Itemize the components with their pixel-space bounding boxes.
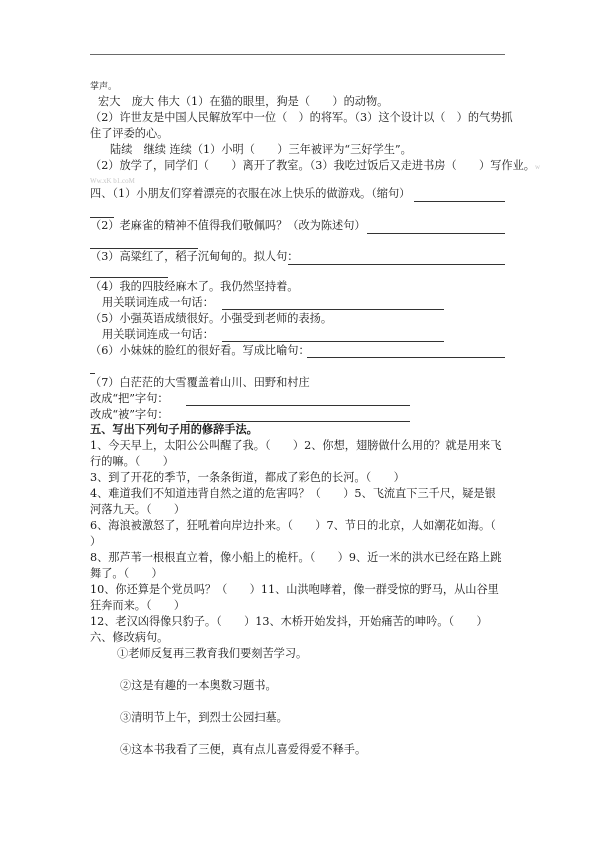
rhetoric-line: 4、难道我们不知道违背自然之道的危害吗？（ ）5、飞流直下三千尺，疑是银 (90, 487, 496, 501)
sentence-fix-item: ②这是有趣的一本奥数习题书。 (120, 679, 277, 693)
rewrite-q7-bei-prompt: 改成“被”字句： (90, 408, 169, 422)
answer-blank-q1[interactable] (414, 201, 505, 202)
sentence-fix-item: ①老师反复再三教育我们要刻苦学习。 (117, 647, 307, 661)
rewrite-q7-ba-prompt: 改成“把”字句： (90, 392, 169, 406)
section5-title: 五、写出下列句子用的修辞手法。 (90, 423, 258, 437)
rhetoric-line: 1、今天早上，太阳公公叫醒了我。（ ）2、你想，翅膀做什么用的？就是用来飞 (90, 439, 501, 453)
section6-title: 六、修改病句。 (90, 631, 168, 645)
rewrite-q1: 四、（1）小朋友们穿着漂亮的衣服在冰上快乐的做游戏。（缩句） (90, 187, 410, 201)
rhetoric-line: 行的嘛。（ ） (90, 455, 174, 469)
answer-blank-q7-bei[interactable] (186, 421, 410, 422)
answer-blank-q7-ba[interactable] (186, 405, 410, 406)
rhetoric-line: 6、海浪被激怒了，狂吼着向岸边扑来。（ ）7、节日的北京，人如潮花如海。（ (90, 519, 496, 533)
word-choice-line-2: （2）许世友是中国人民解放军中一位（ ）的将军。（3）这个设计以（ ）的气势抓 (90, 111, 513, 125)
rhetoric-line: 3、到了开花的季节，一条条街道，都成了彩色的长河。（ ） (90, 471, 405, 485)
rhetoric-line: 12、老汉凶得像只豹子。（ ）13、木桥开始发抖，开始痛苦的呻吟。（ ） (90, 615, 488, 629)
rewrite-q3: （3）高粱红了，稻子沉甸甸的。拟人句： (90, 250, 299, 264)
sentence-fix-item: ③清明节上午，到烈士公园扫墓。 (120, 711, 288, 725)
answer-blank-q3[interactable] (288, 264, 505, 265)
answer-blank-q5[interactable] (222, 341, 444, 342)
answer-blank-q6-cont[interactable] (90, 373, 95, 374)
answer-blank-q6[interactable] (307, 357, 505, 358)
sentence-fix-item: ④这本书我看了三便，真有点儿喜爱得爱不释手。 (120, 743, 366, 757)
answer-blank-q3-cont[interactable] (90, 277, 168, 278)
rewrite-q6: （6）小妹妹的脸红的很好看。写成比喻句： (90, 344, 310, 358)
header-rule (90, 54, 505, 55)
rhetoric-line: 狂奔而来。（ ） (90, 599, 185, 613)
word-choice-line-4: （2）放学了，同学们（ ）离开了教室。（3）我吃过饭后又走进书房（ ）写作业。w (90, 159, 540, 174)
rhetoric-line: 河落九天。（ ） (90, 503, 185, 517)
word-choice-line-3: 住了评委的心。 (90, 127, 168, 141)
rewrite-q4: （4）我的四肢经麻木了。我仍然坚持着。 (90, 280, 299, 294)
rhetoric-line: 舞了。（ ） (90, 567, 163, 581)
answer-blank-q1-cont[interactable] (90, 217, 114, 218)
rhetoric-line: ） (90, 535, 101, 549)
rewrite-q2: （2）老麻雀的精神不值得我们敬佩吗？（改为陈述句） (90, 219, 366, 233)
word-choice-line-4-text: （2）放学了，同学们（ ）离开了教室。（3）我吃过饭后又走进书房（ ）写作业。 (90, 159, 535, 172)
rhetoric-line: 10、你还算是个党员吗？（ ）11、山洪咆哮着，像一群受惊的野马，从山谷里 (90, 583, 499, 597)
word-choice-group-1: 宏大 庞大 伟大（1）在猫的眼里，狗是（ ）的动物。 (98, 95, 388, 109)
word-choice-group-2: 陆续 继续 连续（1）小明（ ）三年被评为“三好学生”。 (110, 143, 412, 157)
answer-blank-q2-cont[interactable] (90, 248, 198, 249)
rewrite-q5: （5）小强英语成绩很好。小强受到老师的表扬。 (90, 312, 332, 326)
continuation-text: 掌声。 (90, 80, 117, 94)
watermark: Ww.xK b1.coM (90, 174, 135, 188)
rewrite-q5-prompt: 用关联词连成一句话： (102, 328, 214, 342)
watermark-inline: w (535, 163, 540, 171)
answer-blank-q2[interactable] (367, 233, 505, 234)
rewrite-q7: （7）白茫茫的大雪覆盖着山川、田野和村庄 (90, 376, 310, 390)
rhetoric-line: 8、那芦苇一根根直立着，像小船上的桅杆。（ ）9、近一米的洪水已经在路上跳 (90, 551, 501, 565)
answer-blank-q4[interactable] (222, 309, 444, 310)
rewrite-q4-prompt: 用关联词连成一句话： (102, 296, 214, 310)
